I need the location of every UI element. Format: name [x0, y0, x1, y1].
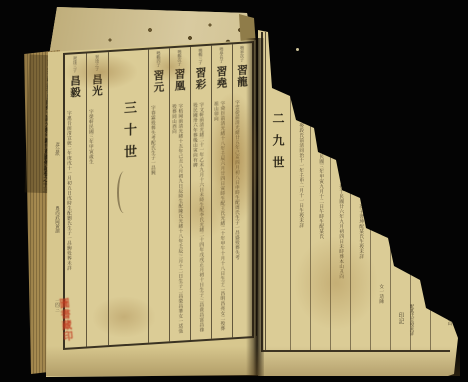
person-name: 昌毅	[68, 75, 83, 106]
lineage-note: 鳴鶴四子	[157, 51, 162, 68]
entry-body-text: 女一适陳	[377, 284, 383, 304]
library-stamp-glyph-top: 館	[394, 172, 402, 183]
generation-marker-column: 三十世	[109, 50, 149, 346]
entry-column-changguang: 習逵之子 昌光 字榮軒民國三年甲寅歲生	[87, 52, 109, 346]
lineage-note: 鳴鶴次子	[178, 49, 183, 66]
dust-speck	[296, 48, 299, 51]
generation-marker-29: 二九世	[270, 112, 287, 178]
entry-body-text: 字春霖殁葬失考配氏生子一昌興	[149, 105, 155, 337]
entry-body-text: 長子習乾民國三年甲寅九月十二日午時生配某氏	[317, 134, 323, 239]
entry-column-xiyao: 鳴皋長子 習堯 字舜臣前清光緒十八年壬辰六月廿四日寅時生配王氏光緒二十年甲午十月…	[212, 44, 233, 338]
left-margin-title-label: 粵西武岡黃譜	[54, 206, 60, 233]
brush-mark	[117, 171, 131, 214]
entry-column: 次子習坤配某氏生殁未詳	[351, 34, 371, 350]
entry-column	[411, 34, 431, 350]
torn-text-fragment: 配某氏生殁未詳	[408, 304, 414, 336]
lineage-note: 習逵之子	[95, 55, 100, 72]
left-page-text-block: 習達三子 昌毅 字惠吾前清宣統二年庚戌十一月初五日戌時生配劉氏生子一昌駒殁葬未詳…	[63, 41, 254, 350]
library-stamp-glyph-bottom: 印記	[396, 312, 405, 324]
lineage-note: 鳴鶴三子	[199, 48, 204, 65]
entry-column-xicai: 鳴鶴三子 習彩 字文軒前清光緒二十一年乙未九月十六日未時生配李氏光緒二十四年戊戌…	[191, 46, 212, 340]
entry-body-text: 字文軒前清光緒二十一年乙未九月十六日未時生配李氏光緒二十四年戊戌正月初十日生子三…	[191, 102, 204, 335]
entry-column: 女一适陳	[371, 34, 391, 350]
entry-body-text: 字雲從前清光緒廿五年己亥四月初八日申時生配周氏生子一昌盛殁葬失考	[233, 100, 239, 332]
lineage-note: 鳴皋長子	[220, 47, 225, 64]
generation-marker-30: 三十世	[119, 100, 138, 167]
entry-body-text: 次子習坤配某氏生殁未詳	[357, 204, 363, 259]
entry-column: 長子習乾民國三年甲寅九月十二日午時生配某氏	[311, 34, 331, 350]
person-name: 習堯	[215, 66, 230, 97]
lineage-note: 鳴皋次子	[240, 46, 245, 63]
entry-body-text: 一娶段氏前清同治十一年壬申二月十一日生殁未詳	[297, 118, 303, 228]
page-gutter-shadow	[246, 38, 264, 376]
person-name: 昌光	[90, 73, 105, 104]
right-page-torn: 二九世 一娶段氏前清同治十一年壬申二月十一日生殁未詳 長子習乾民國三年甲寅九月十…	[258, 28, 464, 376]
right-page-columns: 二九世 一娶段氏前清同治十一年壬申二月十一日生殁未詳 長子習乾民國三年甲寅九月十…	[267, 34, 450, 350]
entry-column-xiyuan: 鳴鶴四子 習元 字春霖殁葬失考配氏生子一昌興	[149, 48, 170, 342]
entry-body-text: 字舜臣前清光緒十八年壬辰六月廿四日寅時生配王氏光緒二十年甲午十月十八日生子二昌明…	[212, 101, 225, 334]
person-name: 習元	[152, 69, 167, 100]
entry-body-text: 字榮軒民國三年甲寅歲生	[87, 109, 93, 341]
right-page-frame-bottom	[261, 350, 450, 352]
left-margin-branch-label: 彥公派	[54, 142, 60, 156]
entry-column: 殁于民國廿六年九月初四日未時葬本山丑向	[331, 34, 351, 350]
faint-library-stamp: 藏譜之家宜永寶藏	[400, 186, 411, 306]
entry-body-text: 殁于民國廿六年九月初四日未時葬本山丑向	[337, 184, 343, 279]
generation-marker-column: 二九世	[267, 34, 291, 350]
book-photo: 氏族譜序源流世系圖傳記卷之十三湖南武岡州黃橋都習氏續修支譜光緒年鐫氏族譜序源流世…	[0, 0, 468, 382]
right-page-frame-border-inner	[265, 32, 266, 352]
red-seal-stamp: 圖書藏印	[22, 298, 72, 347]
person-name: 習彩	[194, 67, 209, 98]
entry-column: 一娶段氏前清同治十一年壬申二月十一日生殁未詳	[291, 34, 311, 350]
person-name: 習凰	[173, 68, 188, 99]
torn-text-fragment: 葬祖山	[446, 312, 452, 326]
entry-body-text: 字梧岡前清光緒十五年己丑八月初九日辰時生配陳氏光緒十八年壬辰三月十二日生子二昌榮…	[170, 103, 183, 336]
lineage-note: 習達三子	[73, 56, 78, 73]
entry-column-xihuang: 鳴鶴次子 習凰 字梧岡前清光緒十五年己丑八月初九日辰時生配陳氏光緒十八年壬辰三月…	[170, 47, 191, 341]
entry-column	[431, 34, 450, 350]
